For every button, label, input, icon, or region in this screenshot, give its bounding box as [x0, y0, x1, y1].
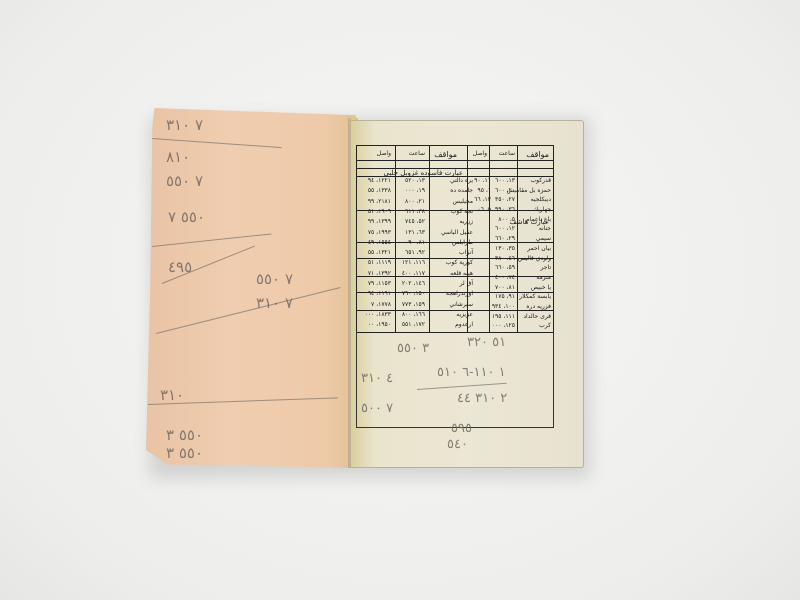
- table-cell: ١٩٠٩، ٥١: [368, 208, 391, 215]
- table-cell: ١٣، ٦٠٠: [495, 177, 515, 184]
- table-cell: ١٣٩٩، ٩٩: [368, 218, 391, 225]
- table-cell: ززريه: [459, 218, 473, 225]
- table-cell: جهاربك: [533, 206, 551, 213]
- table-cell: حمزه بل مقاميس: [507, 187, 551, 194]
- handwriting: ٥٤٠: [447, 437, 468, 452]
- table-cell: كورية كوب: [446, 259, 473, 266]
- handwriting: ٣١٠: [160, 386, 184, 404]
- table-cell: ١١٩١، ٩٤: [368, 290, 391, 297]
- table-cell: ٥، ٨٠٠: [498, 216, 515, 223]
- table-cell: يا خبيص: [531, 284, 551, 291]
- table-cell: ٣٥، ١٣٠: [495, 245, 515, 252]
- col-header: واصل: [473, 150, 487, 157]
- table-cell: جنانه: [539, 225, 551, 232]
- table-cell: ٧٤، ٤٠٠: [495, 274, 515, 281]
- timetable: مواقف ساعت واصل مواقف ساعت واصل عبارت فا…: [356, 145, 554, 333]
- table-cell: ٩٢، ٦٥١: [405, 249, 425, 256]
- handwriting: ٥٩٥: [451, 421, 472, 436]
- handwriting: ٥٥٠ ٣: [166, 444, 203, 462]
- table-cell: مجيليس: [453, 198, 473, 205]
- pencil-line: [417, 383, 507, 390]
- table-cell: ١٩، ٠٠٠: [405, 187, 425, 194]
- handwriting: ٧ ٣١٠: [256, 294, 293, 312]
- table-cell: ١٥٠، ٧٩٠: [402, 290, 425, 297]
- left-page: ٧ ٣١٠ ٨١٠ ٧ ٥٥٠ ٥٥٠ ٧ ٤٩٥ ٧ ٥٥٠ ٧ ٣١٠ ٣١…: [146, 108, 356, 468]
- table-cell: ١٥٩، ٧٧٣: [402, 301, 425, 308]
- handwriting: ٥٥٠ ٣: [166, 426, 203, 444]
- table-cell: ١٠٠، ٩٣٤: [492, 303, 515, 310]
- table-cell: آنزاب: [459, 249, 473, 256]
- table-cell: اوزندراهجه: [446, 290, 473, 297]
- table-cell: آق لر: [460, 280, 473, 287]
- handwriting: ٥٥٠ ٧: [168, 208, 205, 226]
- col-header: ساعت: [409, 150, 425, 157]
- table-cell: ١٢، ٦٠٠: [495, 225, 515, 232]
- table-cell: منزمه: [536, 274, 551, 281]
- table-cell: ١٢٢١، ٩٤: [368, 177, 391, 184]
- table-cell: ٢٧، ٣٥٠: [495, 196, 515, 203]
- table-cell: قدركوب: [530, 177, 551, 184]
- table-cell: ٤٦، ٣٨٠: [495, 255, 515, 262]
- handwriting: ٧ ٥٥٠: [166, 172, 203, 190]
- handwriting: ٢ ٣١٠ ٤٤: [457, 391, 507, 406]
- table-cell: ١١١، ١٩٥: [492, 313, 515, 320]
- table-cell: ١٣٢١، ٥٥: [368, 249, 391, 256]
- table-cell: ٦٣، ١٣١: [405, 229, 425, 236]
- table-cell: ٢١٨١، ٩٩: [368, 198, 391, 205]
- table-cell: بيان احمر: [527, 245, 551, 252]
- table-cell: فزريه دره: [526, 303, 551, 310]
- table-cell: ١، ٩٥: [477, 187, 491, 194]
- table-cell: ١١٦، ١٢١: [402, 259, 425, 266]
- handwriting: ١ ١١٠-٦ ٥١٠: [437, 365, 506, 380]
- table-cell: ٨١، ٧٠٠: [495, 284, 515, 291]
- handwriting: ٣ ٥٥٠: [397, 341, 429, 356]
- table-cell: ١٣٩٢، ٧١: [368, 270, 391, 277]
- table-cell: ١١١٩، ٥١: [368, 259, 391, 266]
- table-cell: عزيزيه: [456, 311, 473, 318]
- table-cell: ١٣٣٨، ٥٥: [368, 187, 391, 194]
- table-cell: ٩١، ١٧٥: [495, 293, 515, 300]
- table-cell: ١٧٧٨، ٧: [371, 301, 391, 308]
- table-cell: ٢٩، ٦٦٠: [495, 235, 515, 242]
- table-cell: هيبه قلعه: [450, 270, 473, 277]
- table-cell: قرى حالداد: [523, 313, 551, 320]
- right-page: مواقف ساعت واصل مواقف ساعت واصل عبارت فا…: [350, 120, 584, 468]
- handwriting: ٧ ٥٠٠: [361, 401, 393, 416]
- table-cell: ٥٩، ٦٦٠: [495, 264, 515, 271]
- col-header: مواقف: [526, 150, 549, 159]
- table-cell: ولودي قاليس: [518, 255, 551, 262]
- table-cell: تاجر: [540, 264, 551, 271]
- table-cell: ١٥٥٤، ٤٩: [368, 239, 391, 246]
- table-cell: ١١، ٩٠: [474, 177, 491, 184]
- table-cell: ١٣، ٦٦: [474, 196, 491, 203]
- handwriting: ٨١٠: [166, 148, 190, 166]
- table-cell: نجه كوب: [451, 208, 473, 215]
- handwriting: ٧ ٥٥٠: [256, 270, 293, 288]
- col-header: مواقف: [434, 150, 457, 159]
- table-cell: ١١٧، ٤٠٠: [402, 270, 425, 277]
- table-cell: ١٦٦، ٨٠٠: [402, 311, 425, 318]
- table-cell: ديبكلجيه: [531, 196, 551, 203]
- table-cell: باغ باعمام: [526, 216, 551, 223]
- table-cell: يره دالتي: [450, 177, 473, 184]
- pencil-line: [152, 138, 282, 148]
- table-cell: ١٣، ٥٢٠: [405, 177, 425, 184]
- table-cell: ٣٨، ٦١١: [405, 208, 425, 215]
- table-cell: ١٨٣٣، ٠٠٠: [365, 311, 391, 318]
- handwriting: ٤٩٥: [168, 258, 192, 276]
- handwriting: ٤ ٣١٠: [361, 371, 393, 386]
- table-cell: ١٩٥٠، ٠٠: [368, 321, 391, 328]
- table-cell: يابسة كمكلار: [519, 293, 551, 300]
- table-cell: سيرشاني: [449, 301, 473, 308]
- table-cell: ١٧٢، ٥٥١: [402, 321, 425, 328]
- handwriting: ٥١ ٣٢٠: [467, 335, 506, 350]
- table-cell: ٣٦، ٩٩٠: [495, 206, 515, 213]
- col-header: ساعت: [499, 150, 515, 157]
- table-cell: سيمي: [536, 235, 551, 242]
- table-cell: كرب: [539, 322, 551, 329]
- col-header: واصل: [377, 150, 391, 157]
- table-cell: طرابلس: [452, 239, 473, 246]
- pencil-line: [156, 287, 341, 334]
- section-title: عبارت فاسوده غزوبل حلبی: [383, 169, 463, 177]
- table-cell: ١٤٦، ٢٠٢: [402, 280, 425, 287]
- table-cell: عقيل الباسي: [441, 229, 473, 236]
- handwriting: ٧ ٣١٠: [166, 116, 203, 134]
- table-cell: ١٩٩٣، ٧٥: [368, 229, 391, 236]
- table-cell: ٥٢، ٧٤٥: [405, 218, 425, 225]
- table-cell: ١١٥٣، ٧٩: [368, 280, 391, 287]
- table-cell: ارعدوم: [455, 321, 473, 328]
- table-cell: جامده ده: [450, 187, 473, 194]
- table-cell: ٨١، ٠٩٠: [405, 239, 425, 246]
- notes-box: ٥١ ٣٢٠ ١ ١١٠-٦ ٥١٠ ٢ ٣١٠ ٤٤ ٣ ٥٥٠ ٤ ٣١٠ …: [356, 331, 554, 428]
- table-cell: ٥، ٠٦: [477, 206, 491, 213]
- table-cell: ٢١، ٨٠٠: [405, 198, 425, 205]
- table-cell: ١٢٥، ٠٠٠: [492, 322, 515, 329]
